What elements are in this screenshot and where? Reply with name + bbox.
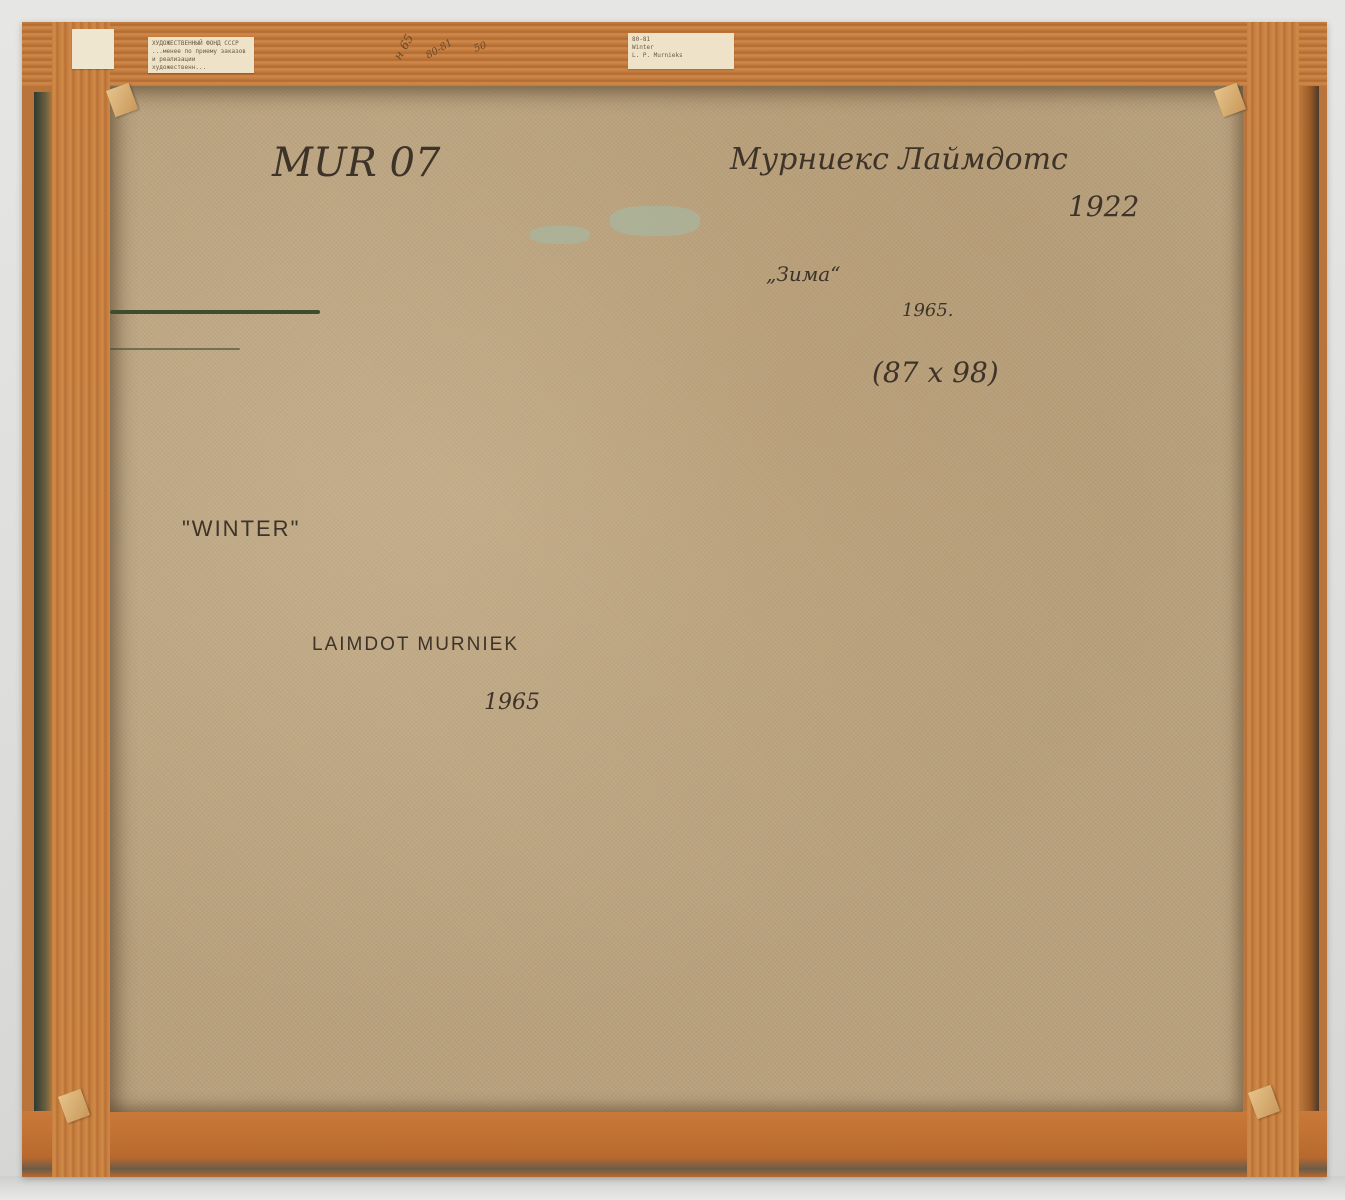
inventory-label-artist: L. P. Murnieks: [632, 52, 730, 60]
art-fund-label-line3: художественн...: [152, 64, 250, 72]
paint-stain-mint-2: [530, 226, 590, 244]
stretcher-bar-left: [52, 22, 110, 1177]
canvas-edge-right: [1297, 82, 1319, 1167]
torn-label-corner: [72, 29, 114, 69]
artist-name-cyrillic: Мурниекс Лаймдотс: [730, 142, 1068, 177]
year-english: 1965: [484, 690, 540, 715]
paint-stain-mint: [610, 206, 700, 236]
art-fund-label: ХУДОЖЕСТВЕННЫЙ ФОНД СССР ...менее по при…: [148, 37, 254, 73]
inventory-label-title: Winter: [632, 44, 730, 52]
title-english: "WINTER": [182, 516, 300, 542]
art-fund-label-line1: ХУДОЖЕСТВЕННЫЙ ФОНД СССР: [152, 40, 250, 48]
canvas-back: [110, 86, 1243, 1112]
artist-name-english: LAIMDOT MURNIEK: [312, 634, 519, 656]
paint-stain-green-thin: [110, 348, 240, 350]
paint-stain-green: [110, 310, 320, 314]
year-cyrillic-block: 1965.: [902, 300, 954, 321]
art-fund-label-line2: ...менее по приему заказов и реализации: [152, 48, 250, 64]
inventory-label-number: 80-81: [632, 36, 730, 44]
canvas-edge-left: [34, 92, 54, 1157]
catalog-code: MUR 07: [272, 140, 440, 186]
dimensions: (87 x 98): [872, 356, 999, 389]
title-cyrillic: „Зима“: [766, 262, 840, 286]
artist-birth-year: 1922: [1068, 190, 1139, 223]
stretcher-bar-bottom: [22, 1111, 1327, 1177]
stretcher-bar-right: [1247, 22, 1299, 1177]
inventory-label: 80-81 Winter L. P. Murnieks: [628, 33, 734, 69]
display-shelf: [0, 1176, 1345, 1200]
